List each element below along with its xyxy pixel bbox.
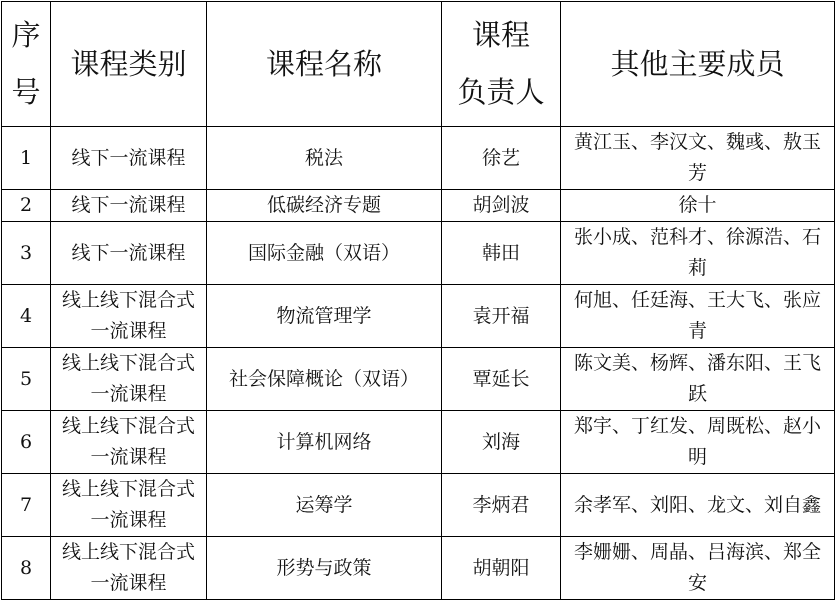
- cell-category: 线下一流课程: [51, 127, 207, 190]
- cell-members: 何旭、任廷海、王大飞、张应青: [561, 285, 835, 348]
- header-members: 其他主要成员: [561, 2, 835, 127]
- table-row: 3 线下一流课程 国际金融（双语） 韩田 张小成、范科才、徐源浩、石莉: [2, 222, 835, 285]
- cell-category: 线上线下混合式一流课程: [51, 411, 207, 474]
- cell-course-name: 计算机网络: [207, 411, 442, 474]
- cell-seq: 6: [2, 411, 51, 474]
- cell-category: 线上线下混合式一流课程: [51, 474, 207, 537]
- cell-course-name: 运筹学: [207, 474, 442, 537]
- table-row: 1 线下一流课程 税法 徐艺 黄江玉、李汉文、魏彧、敖玉芳: [2, 127, 835, 190]
- cell-lead: 刘海: [442, 411, 561, 474]
- cell-category: 线下一流课程: [51, 190, 207, 222]
- header-course-name: 课程名称: [207, 2, 442, 127]
- cell-lead: 徐艺: [442, 127, 561, 190]
- cell-members: 李姗姗、周晶、吕海滨、郑全安: [561, 537, 835, 600]
- header-lead-line2: 负责人: [446, 64, 556, 121]
- header-category: 课程类别: [51, 2, 207, 127]
- table-row: 6 线上线下混合式一流课程 计算机网络 刘海 郑宇、丁红发、周既松、赵小明: [2, 411, 835, 474]
- header-lead-line1: 课程: [446, 7, 556, 64]
- cell-course-name: 物流管理学: [207, 285, 442, 348]
- table-row: 7 线上线下混合式一流课程 运筹学 李炳君 余孝军、刘阳、龙文、刘自鑫: [2, 474, 835, 537]
- cell-course-name: 社会保障概论（双语）: [207, 348, 442, 411]
- cell-lead: 覃延长: [442, 348, 561, 411]
- table-row: 8 线上线下混合式一流课程 形势与政策 胡朝阳 李姗姗、周晶、吕海滨、郑全安: [2, 537, 835, 600]
- cell-category: 线上线下混合式一流课程: [51, 348, 207, 411]
- cell-members: 陈文美、杨辉、潘东阳、王飞跃: [561, 348, 835, 411]
- cell-seq: 8: [2, 537, 51, 600]
- cell-category: 线上线下混合式一流课程: [51, 285, 207, 348]
- header-row: 序 号 课程类别 课程名称 课程 负责人 其他主要成员: [2, 2, 835, 127]
- header-seq: 序 号: [2, 2, 51, 127]
- cell-lead: 袁开福: [442, 285, 561, 348]
- cell-members: 黄江玉、李汉文、魏彧、敖玉芳: [561, 127, 835, 190]
- cell-seq: 1: [2, 127, 51, 190]
- cell-course-name: 国际金融（双语）: [207, 222, 442, 285]
- header-seq-line1: 序: [6, 7, 46, 64]
- cell-seq: 3: [2, 222, 51, 285]
- cell-category: 线上线下混合式一流课程: [51, 537, 207, 600]
- cell-members: 郑宇、丁红发、周既松、赵小明: [561, 411, 835, 474]
- header-seq-line2: 号: [6, 64, 46, 121]
- cell-seq: 5: [2, 348, 51, 411]
- table-row: 2 线下一流课程 低碳经济专题 胡剑波 徐十: [2, 190, 835, 222]
- cell-members: 余孝军、刘阳、龙文、刘自鑫: [561, 474, 835, 537]
- course-table: 序 号 课程类别 课程名称 课程 负责人 其他主要成员 1 线下一流课程 税法 …: [1, 1, 835, 600]
- table-row: 5 线上线下混合式一流课程 社会保障概论（双语） 覃延长 陈文美、杨辉、潘东阳、…: [2, 348, 835, 411]
- cell-lead: 胡朝阳: [442, 537, 561, 600]
- cell-seq: 4: [2, 285, 51, 348]
- cell-lead: 韩田: [442, 222, 561, 285]
- cell-category: 线下一流课程: [51, 222, 207, 285]
- cell-lead: 胡剑波: [442, 190, 561, 222]
- cell-members: 张小成、范科才、徐源浩、石莉: [561, 222, 835, 285]
- cell-course-name: 税法: [207, 127, 442, 190]
- cell-seq: 2: [2, 190, 51, 222]
- cell-course-name: 低碳经济专题: [207, 190, 442, 222]
- cell-members: 徐十: [561, 190, 835, 222]
- table-row: 4 线上线下混合式一流课程 物流管理学 袁开福 何旭、任廷海、王大飞、张应青: [2, 285, 835, 348]
- cell-seq: 7: [2, 474, 51, 537]
- header-lead: 课程 负责人: [442, 2, 561, 127]
- cell-course-name: 形势与政策: [207, 537, 442, 600]
- cell-lead: 李炳君: [442, 474, 561, 537]
